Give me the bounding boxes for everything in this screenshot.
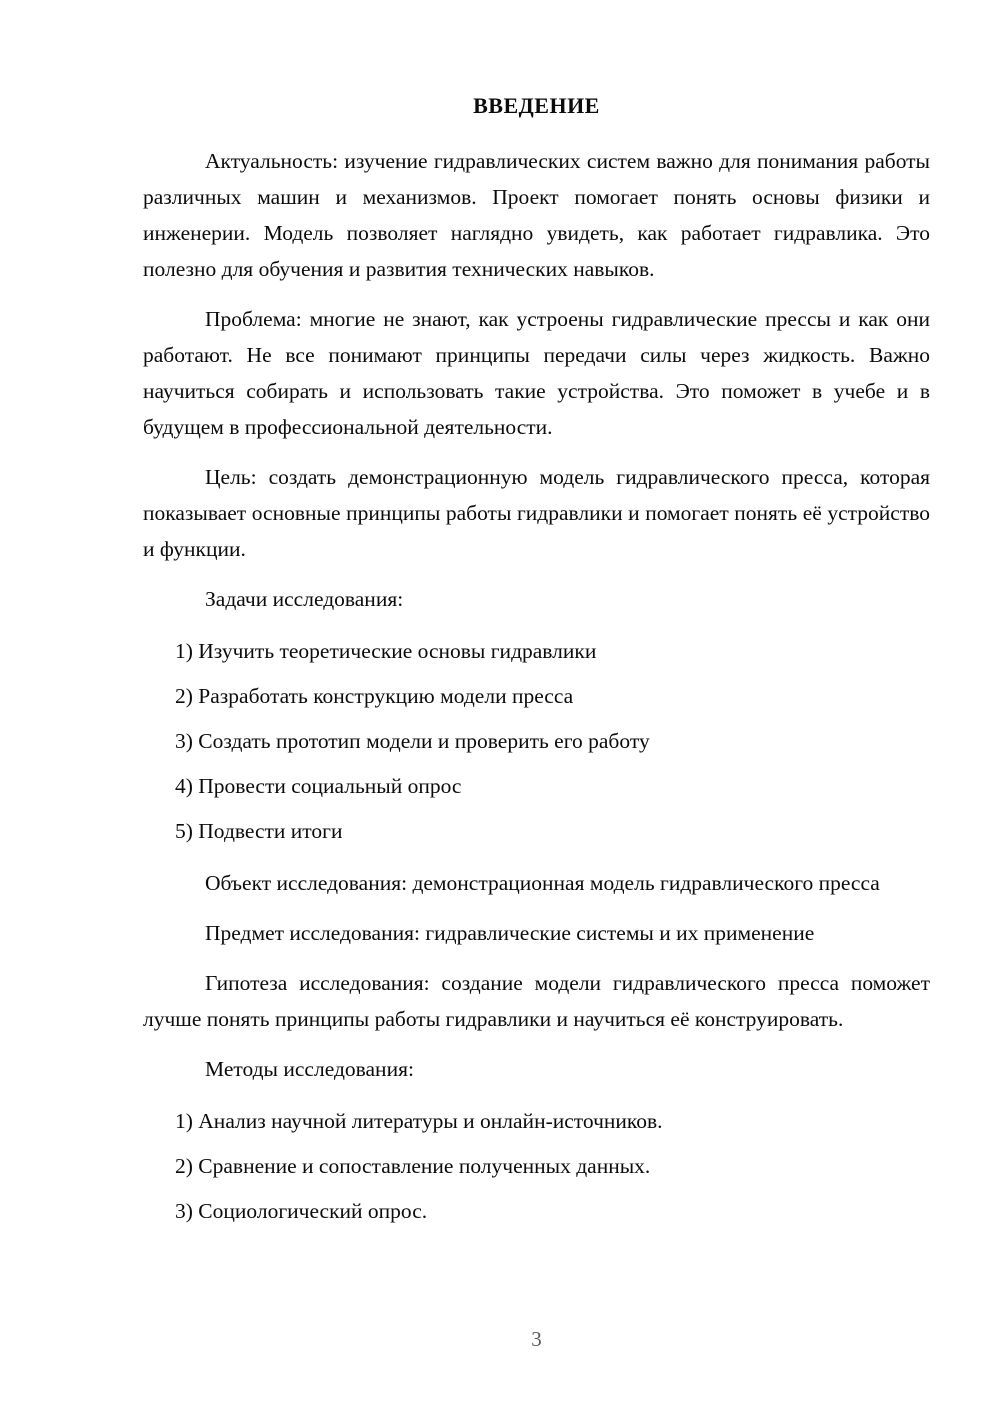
paragraph-obekt: Объект исследования: демонстрационная мо… [143,865,930,901]
list-item: 5) Подвести итоги [143,813,930,849]
list-item: 3) Социологический опрос. [143,1193,930,1229]
paragraph-aktualnost: Актуальность: изучение гидравлических си… [143,143,930,287]
list-item: 2) Сравнение и сопоставление полученных … [143,1148,930,1184]
list-item: 2) Разработать конструкцию модели пресса [143,678,930,714]
page-title: ВВЕДЕНИЕ [143,88,930,124]
list-item: 4) Провести социальный опрос [143,768,930,804]
page-number: 3 [143,1327,930,1352]
heading-zadachi: Задачи исследования: [143,581,930,617]
paragraph-problema: Проблема: многие не знают, как устроены … [143,301,930,445]
list-item: 1) Изучить теоретические основы гидравли… [143,633,930,669]
heading-metody: Методы исследования: [143,1051,930,1087]
list-item: 1) Анализ научной литературы и онлайн-ис… [143,1103,930,1139]
document-page: ВВЕДЕНИЕ Актуальность: изучение гидравли… [0,0,1000,1414]
methods-list: 1) Анализ научной литературы и онлайн-ис… [143,1103,930,1229]
paragraph-tsel: Цель: создать демонстрационную модель ги… [143,459,930,567]
tasks-list: 1) Изучить теоретические основы гидравли… [143,633,930,849]
list-item: 3) Создать прототип модели и проверить е… [143,723,930,759]
paragraph-predmet: Предмет исследования: гидравлические сис… [143,915,930,951]
paragraph-gipoteza: Гипотеза исследования: создание модели г… [143,965,930,1037]
